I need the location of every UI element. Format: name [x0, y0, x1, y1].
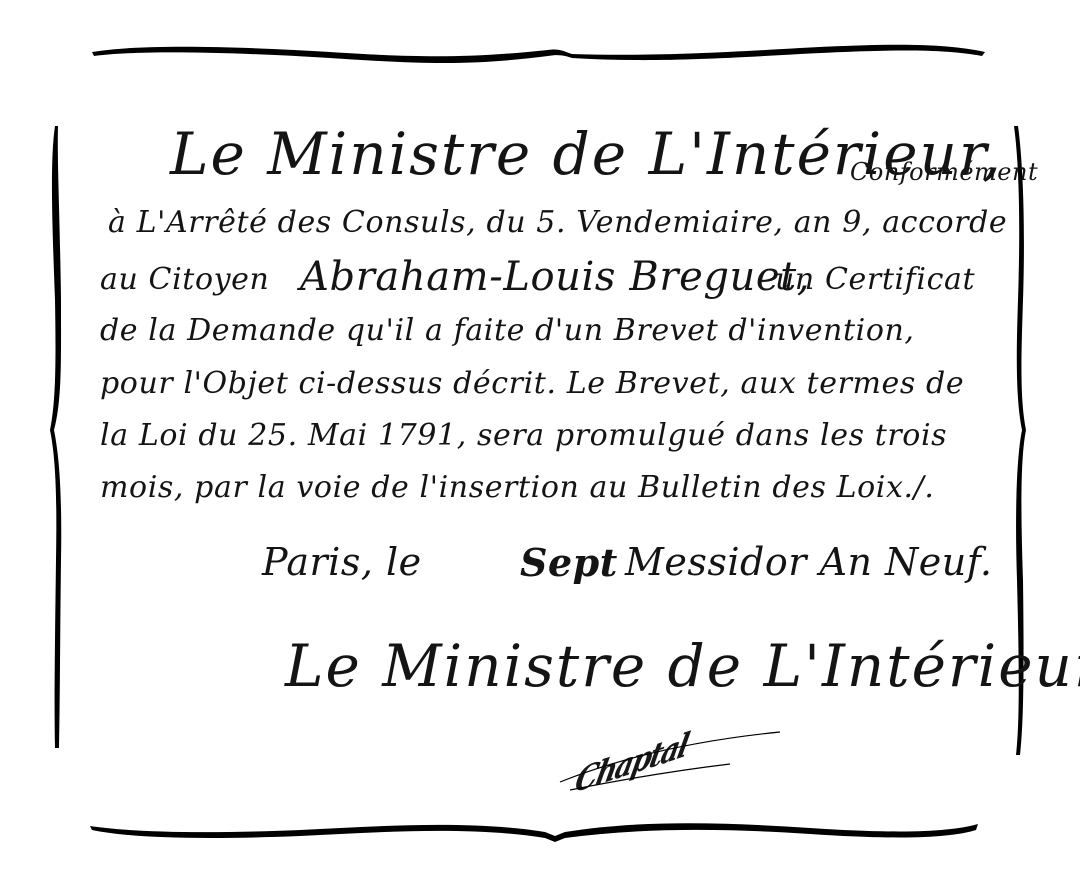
date-day: Sept [520, 540, 618, 585]
body-line-1: à L'Arrêté des Consuls, du 5. Vendemiair… [108, 205, 1007, 240]
body-line-3: de la Demande qu'il a faite d'un Brevet … [100, 313, 915, 348]
heading-trailing-word: Conformément [850, 158, 1038, 186]
border-top-swash [92, 45, 985, 63]
closing-title: Le Ministre de L'Intérieur [285, 632, 1080, 700]
signature: Chaptal [530, 712, 790, 792]
body-line-2-prefix: au Citoyen [100, 262, 269, 297]
date-place: Paris, le [262, 540, 422, 584]
date-month-year: Messidor An Neuf. [625, 540, 993, 584]
body-line-2-suffix: un Certificat [775, 262, 975, 297]
body-line-4: pour l'Objet ci-dessus décrit. Le Brevet… [100, 366, 964, 401]
recipient-name: Abraham-Louis Breguet, [300, 254, 810, 300]
border-left-swash [50, 126, 61, 748]
body-line-6: mois, par la voie de l'insertion au Bull… [100, 470, 935, 505]
body-line-5: la Loi du 25. Mai 1791, sera promulgué d… [100, 418, 947, 453]
border-bottom-swash [90, 823, 978, 842]
